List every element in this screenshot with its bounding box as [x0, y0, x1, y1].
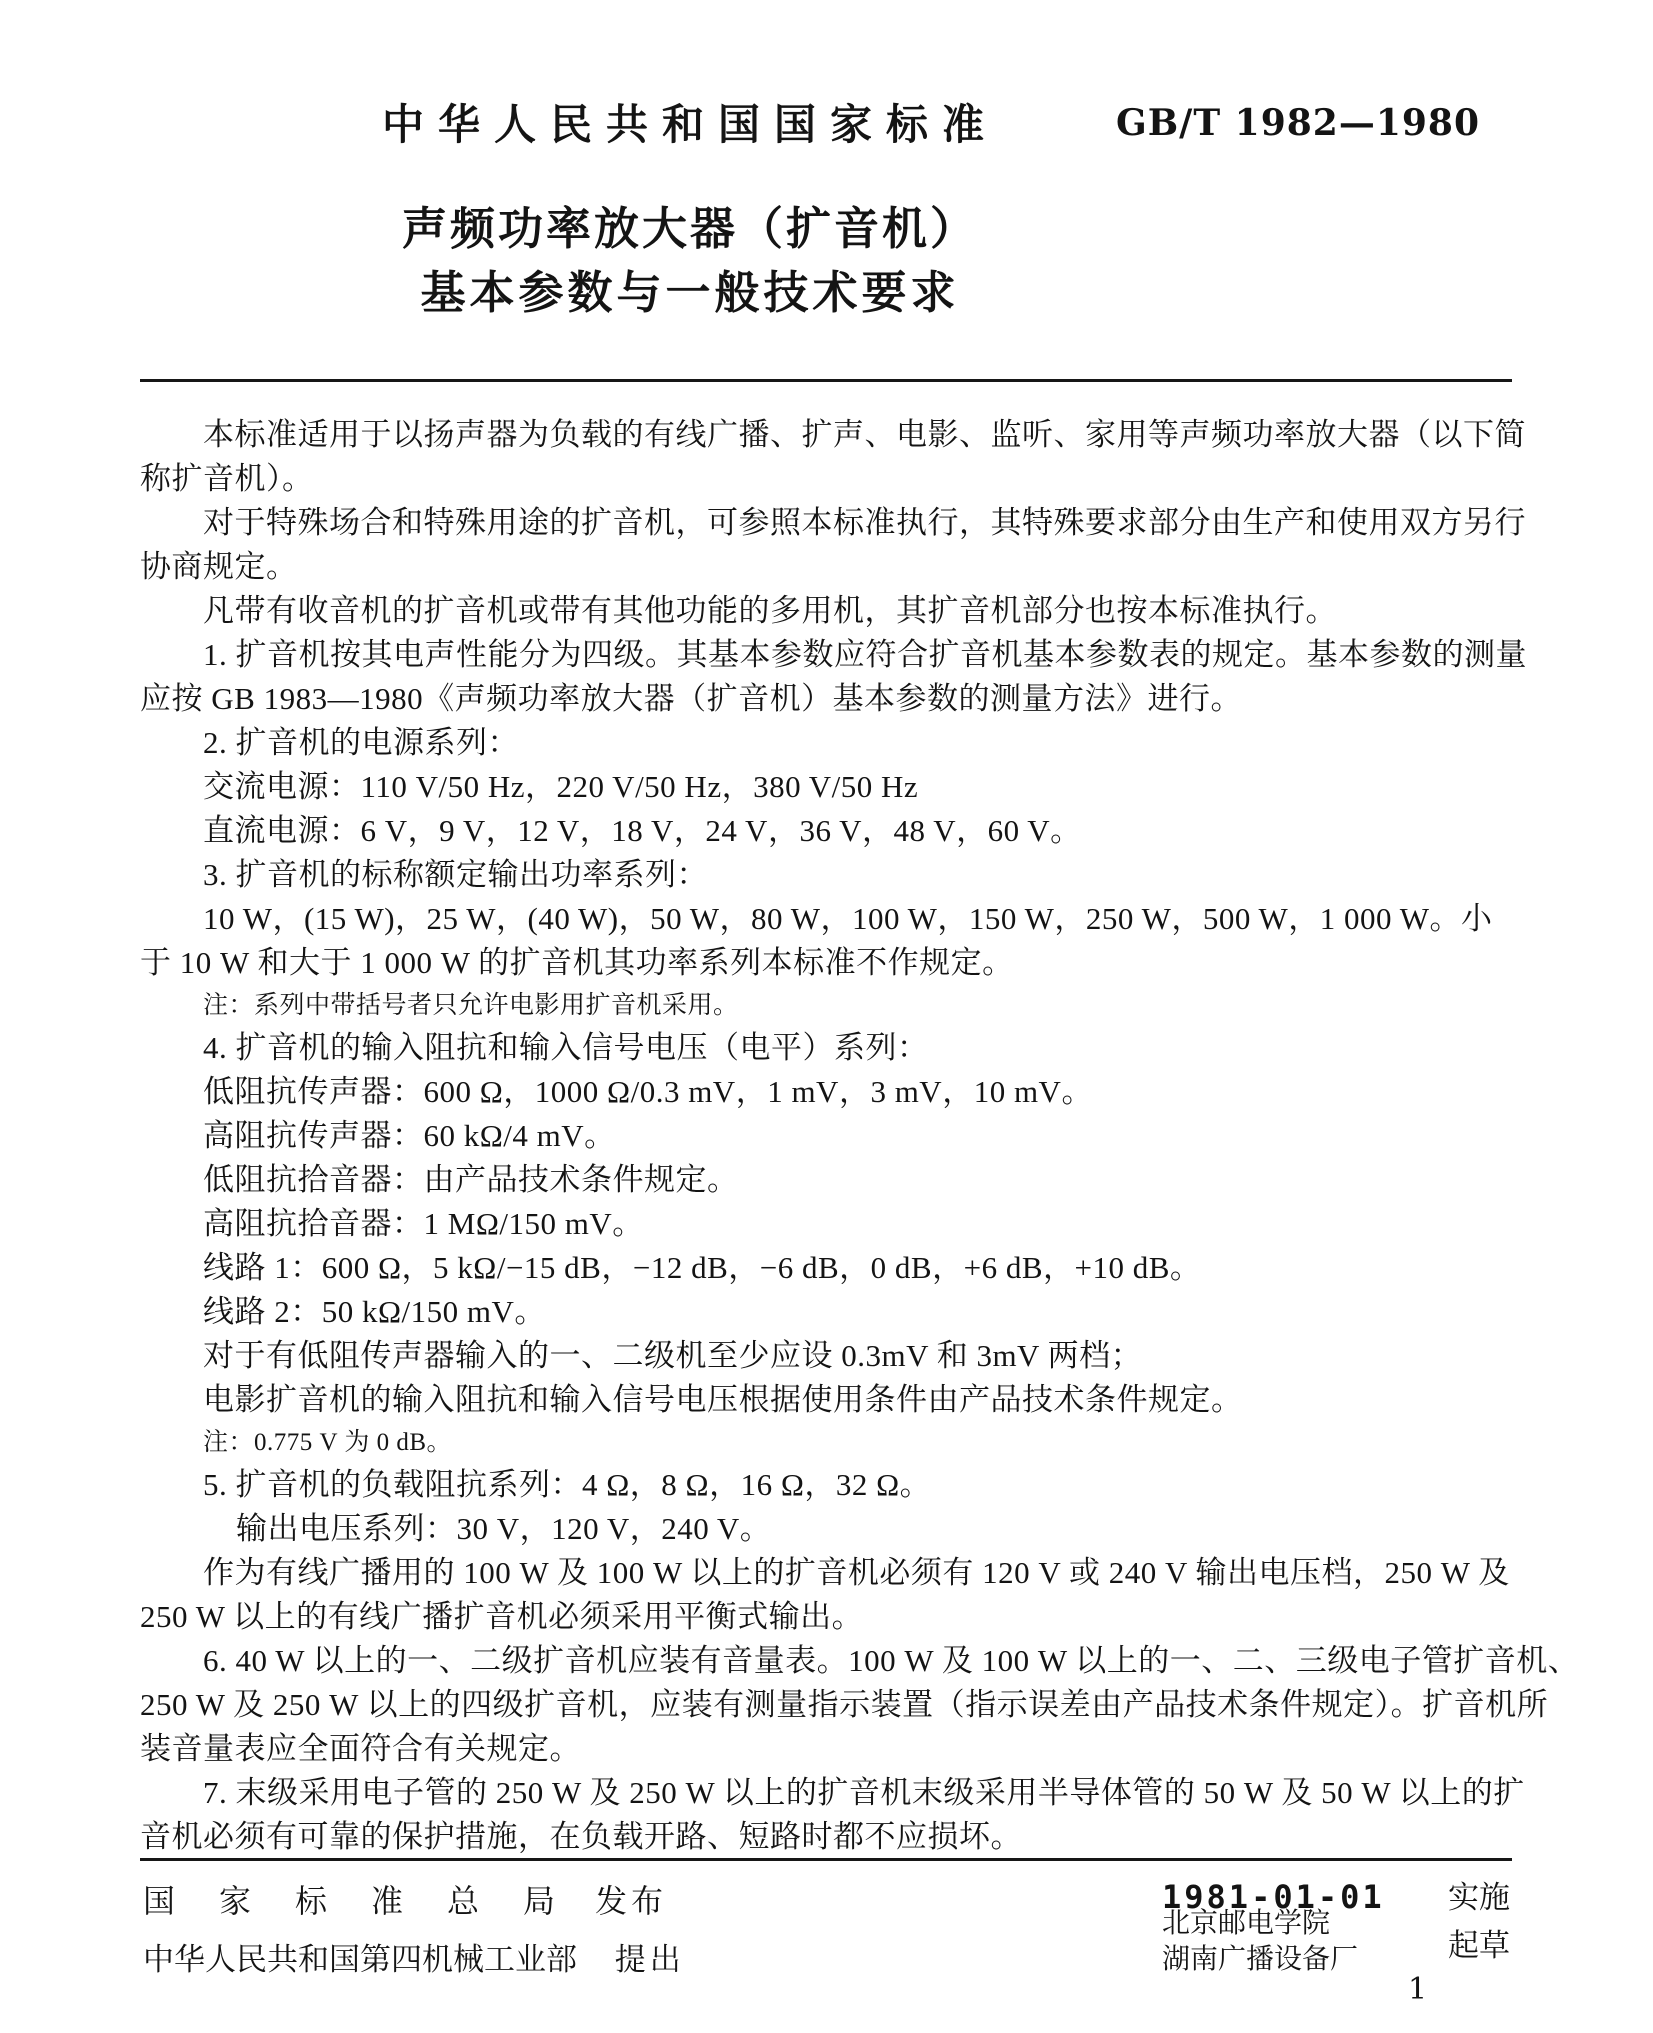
- standard-label: 中华人民共和国国家标准: [140, 92, 1240, 152]
- document-line: 应按 GB 1983—1980《声频功率放大器（扩音机）基本参数的测量方法》进行…: [140, 677, 1520, 721]
- document-line: 高阻抗拾音器：1 MΩ/150 mV。: [140, 1202, 1520, 1246]
- footer-divider: [140, 1858, 1512, 1861]
- document-line: 5. 扩音机的负载阻抗系列：4 Ω，8 Ω，16 Ω，32 Ω。: [140, 1463, 1520, 1507]
- document-line: 本标准适用于以扬声器为负载的有线广播、扩声、电影、监听、家用等声频功率放大器（以…: [140, 413, 1520, 457]
- page-number: 1: [1408, 1972, 1427, 2007]
- document-line: 2. 扩音机的电源系列：: [140, 721, 1520, 765]
- document-line: 6. 40 W 以上的一、二级扩音机应装有音量表。100 W 及 100 W 以…: [140, 1639, 1520, 1683]
- document-line: 低阻抗拾音器：由产品技术条件规定。: [140, 1158, 1520, 1202]
- drafter-label: 起草: [1448, 1920, 1510, 1965]
- document-line: 输出电压系列：30 V，120 V，240 V。: [140, 1507, 1520, 1551]
- proposer-name: 中华人民共和国第四机械工业部: [143, 1942, 577, 1977]
- document-page: 中华人民共和国国家标准 GB/T 1982—1980 声频功率放大器（扩音机） …: [0, 0, 1653, 2033]
- document-line: 线路 1：600 Ω，5 kΩ/−15 dB，−12 dB，−6 dB，0 dB…: [140, 1246, 1520, 1290]
- document-line: 250 W 及 250 W 以上的四级扩音机，应装有测量指示装置（指示误差由产品…: [140, 1683, 1520, 1727]
- document-line: 250 W 以上的有线广播扩音机必须采用平衡式输出。: [140, 1595, 1520, 1639]
- document-line: 4. 扩音机的输入阻抗和输入信号电压（电平）系列：: [140, 1026, 1520, 1070]
- document-title-line1: 声频功率放大器（扩音机）: [140, 192, 1240, 257]
- document-line: 线路 2：50 kΩ/150 mV。: [140, 1290, 1520, 1334]
- document-line: 作为有线广播用的 100 W 及 100 W 以上的扩音机必须有 120 V 或…: [140, 1551, 1520, 1595]
- document-line: 对于特殊场合和特殊用途的扩音机，可参照本标准执行，其特殊要求部分由生产和使用双方…: [140, 501, 1520, 545]
- document-line: 于 10 W 和大于 1 000 W 的扩音机其功率系列本标准不作规定。: [140, 941, 1520, 985]
- document-line: 直流电源：6 V，9 V，12 V，18 V，24 V，36 V，48 V，60…: [140, 809, 1520, 853]
- document-line: 交流电源：110 V/50 Hz，220 V/50 Hz，380 V/50 Hz: [140, 765, 1520, 809]
- document-line: 3. 扩音机的标称额定输出功率系列：: [140, 853, 1520, 897]
- footer-issuer-row: 国 家 标 准 总 局 发布: [143, 1876, 667, 1922]
- document-line: 注：0.775 V 为 0 dB。: [140, 1422, 1520, 1463]
- standard-number: GB/T 1982—1980: [1116, 102, 1480, 144]
- document-line: 7. 末级采用电子管的 250 W 及 250 W 以上的扩音机末级采用半导体管…: [140, 1771, 1520, 1815]
- header-divider: [140, 379, 1512, 382]
- issuer-action: 发布: [595, 1883, 667, 1919]
- document-line: 音机必须有可靠的保护措施，在负载开路、短路时都不应损坏。: [140, 1815, 1520, 1859]
- issuer-name: 国 家 标 准 总 局: [143, 1883, 561, 1919]
- drafter-orgs: 北京邮电学院 湖南广播设备厂: [1162, 1906, 1358, 1978]
- footer-drafters: 北京邮电学院 湖南广播设备厂 起草: [1162, 1906, 1510, 1978]
- document-line: 高阻抗传声器：60 kΩ/4 mV。: [140, 1114, 1520, 1158]
- document-line: 电影扩音机的输入阻抗和输入信号电压根据使用条件由产品技术条件规定。: [140, 1378, 1520, 1422]
- document-line: 10 W，(15 W)，25 W，(40 W)，50 W，80 W，100 W，…: [140, 897, 1520, 941]
- document-line: 凡带有收音机的扩音机或带有其他功能的多用机，其扩音机部分也按本标准执行。: [140, 589, 1520, 633]
- document-line: 协商规定。: [140, 545, 1520, 589]
- document-line: 注：系列中带括号者只允许电影用扩音机采用。: [140, 985, 1520, 1026]
- drafter-org-1: 北京邮电学院: [1162, 1906, 1358, 1942]
- document-line: 称扩音机）。: [140, 457, 1520, 501]
- document-line: 装音量表应全面符合有关规定。: [140, 1727, 1520, 1771]
- footer-proposer-row: 中华人民共和国第四机械工业部 提出: [143, 1934, 685, 1979]
- document-body: 本标准适用于以扬声器为负载的有线广播、扩声、电影、监听、家用等声频功率放大器（以…: [140, 413, 1520, 1859]
- proposer-action: 提出: [615, 1942, 685, 1977]
- document-title-line2: 基本参数与一般技术要求: [140, 256, 1240, 321]
- document-line: 1. 扩音机按其电声性能分为四级。其基本参数应符合扩音机基本参数表的规定。基本参…: [140, 633, 1520, 677]
- document-line: 对于有低阻传声器输入的一、二级机至少应设 0.3mV 和 3mV 两档；: [140, 1334, 1520, 1378]
- document-line: 低阻抗传声器：600 Ω，1000 Ω/0.3 mV，1 mV，3 mV，10 …: [140, 1070, 1520, 1114]
- drafter-org-2: 湖南广播设备厂: [1162, 1942, 1358, 1978]
